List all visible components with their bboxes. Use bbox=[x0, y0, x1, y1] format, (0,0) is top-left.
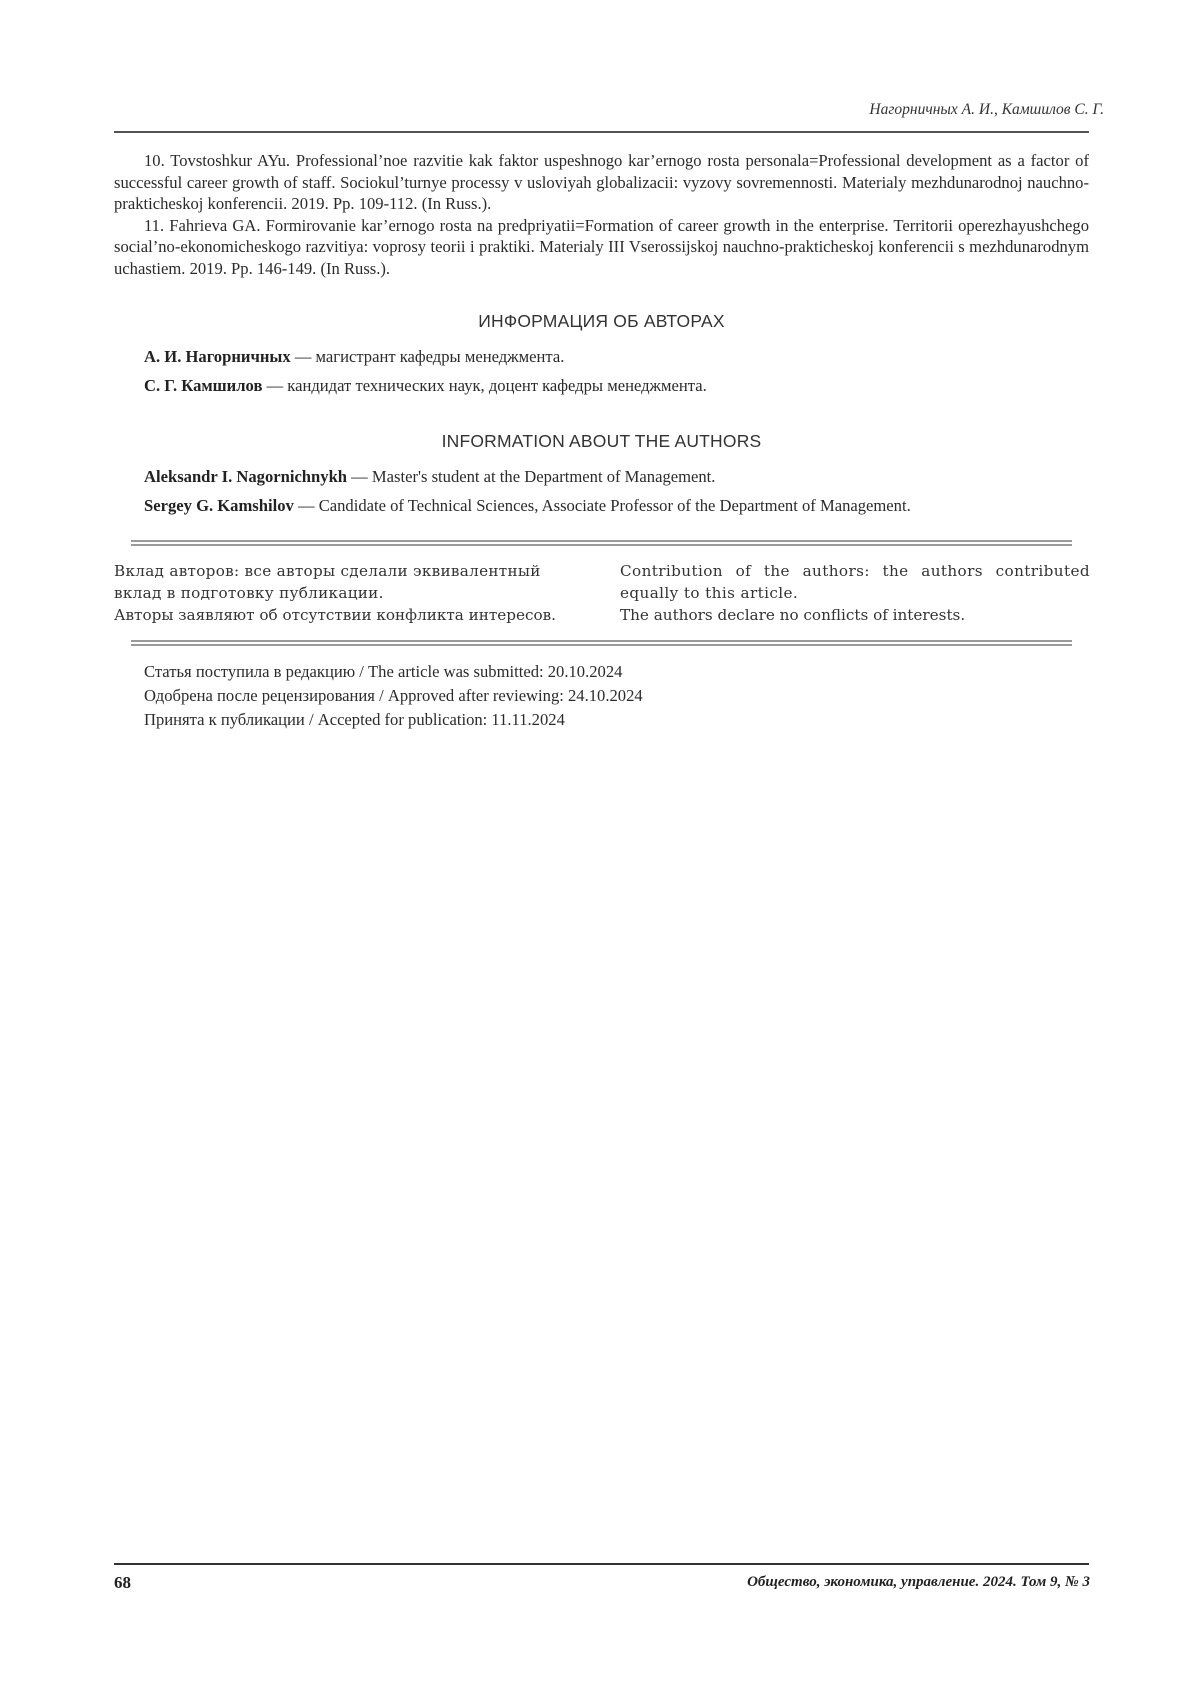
author-description: — Master's student at the Department of … bbox=[347, 467, 715, 486]
author-description: — магистрант кафедры менеджмента. bbox=[291, 347, 565, 366]
authors-info-title-en: INFORMATION ABOUT THE AUTHORS bbox=[114, 431, 1089, 452]
author-description: — Candidate of Technical Sciences, Assoc… bbox=[294, 496, 911, 515]
contribution-statement: Contribution of the authors: the authors… bbox=[620, 560, 1090, 604]
author-entry: Aleksandr I. Nagornichnykh — Master's st… bbox=[144, 467, 1104, 487]
contribution-ru: Вклад авторов: все авторы сделали эквива… bbox=[114, 560, 589, 626]
reference-item: 11. Fahrieva GA. Formirovanie kar’ernogo… bbox=[114, 215, 1089, 280]
author-name: Sergey G. Kamshilov bbox=[144, 496, 294, 515]
author-entry: А. И. Нагорничных — магистрант кафедры м… bbox=[144, 347, 1104, 367]
date-approved: Одобрена после рецензирования / Approved… bbox=[144, 684, 643, 708]
reference-list: 10. Tovstoshkur AYu. Professional’noe ra… bbox=[114, 150, 1089, 279]
authors-info-title-ru: ИНФОРМАЦИЯ ОБ АВТОРАХ bbox=[114, 311, 1089, 332]
article-dates: Статья поступила в редакцию / The articl… bbox=[144, 660, 643, 732]
page-number: 68 bbox=[114, 1573, 131, 1593]
conflict-statement: The authors declare no conflicts of inte… bbox=[620, 604, 1090, 626]
running-head: Нагорничных А. И., Камшилов С. Г. bbox=[869, 101, 1104, 119]
author-name: Aleksandr I. Nagornichnykh bbox=[144, 467, 347, 486]
header-rule bbox=[114, 131, 1089, 133]
author-name: А. И. Нагорничных bbox=[144, 347, 291, 366]
author-entry: Sergey G. Kamshilov — Candidate of Techn… bbox=[144, 496, 1104, 516]
author-name: С. Г. Камшилов bbox=[144, 376, 262, 395]
date-accepted: Принята к публикации / Accepted for publ… bbox=[144, 708, 643, 732]
contribution-en: Contribution of the authors: the authors… bbox=[620, 560, 1090, 626]
author-entry: С. Г. Камшилов — кандидат технических на… bbox=[144, 376, 1104, 396]
date-submitted: Статья поступила в редакцию / The articl… bbox=[144, 660, 643, 684]
footer-rule bbox=[114, 1563, 1089, 1565]
author-description: — кандидат технических наук, доцент кафе… bbox=[262, 376, 706, 395]
section-divider-top bbox=[131, 540, 1072, 546]
contribution-statement: Вклад авторов: все авторы сделали эквива… bbox=[114, 560, 589, 604]
journal-citation: Общество, экономика, управление. 2024. Т… bbox=[747, 1574, 1090, 1591]
reference-item: 10. Tovstoshkur AYu. Professional’noe ra… bbox=[114, 150, 1089, 215]
section-divider-bottom bbox=[131, 640, 1072, 646]
conflict-statement: Авторы заявляют об отсутствии конфликта … bbox=[114, 604, 589, 626]
